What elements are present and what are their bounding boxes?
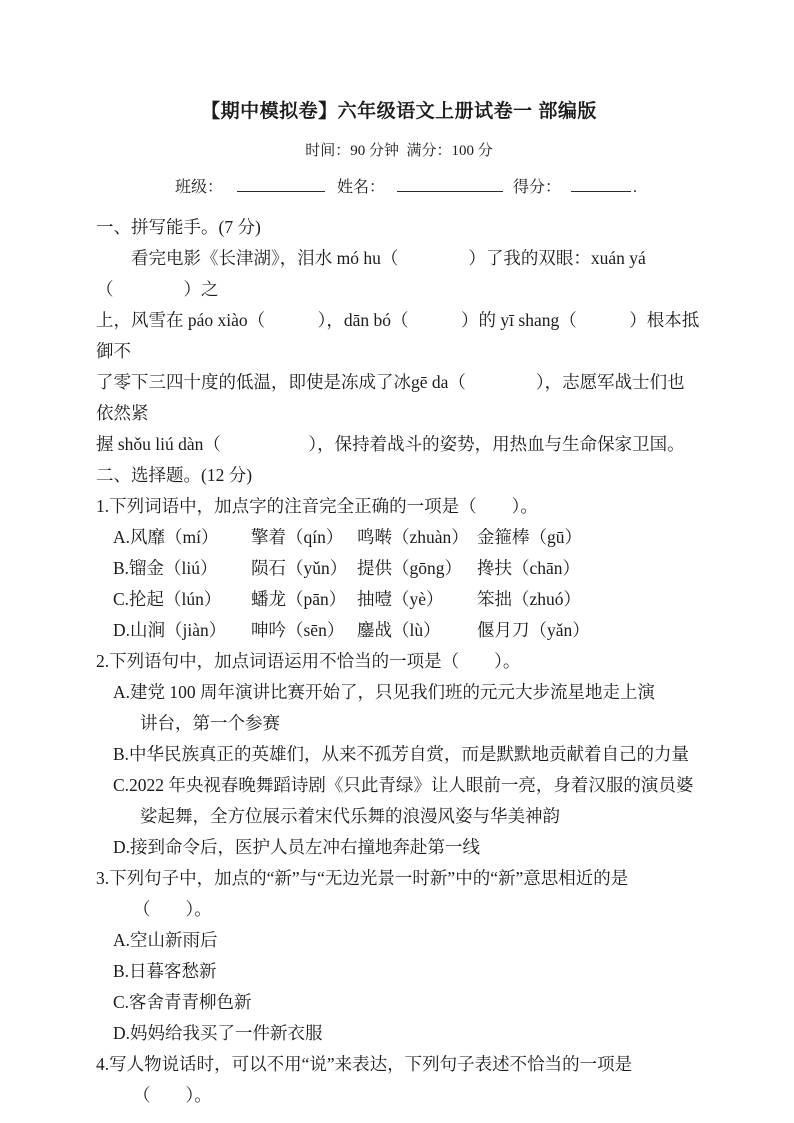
score-label: 得分：: [513, 179, 561, 196]
q1-option-a-word-1: A.风靡（mí）: [113, 522, 251, 553]
q1-option-a-word-3: 鸣啭（zhuàn）: [357, 522, 477, 553]
q2-option-b: B.中华民族真正的英雄们，从来不孤芳自赏，而是默默地贡献着自己的力量: [96, 739, 702, 770]
q1-option-c-word-1: C.抡起（lún）: [113, 584, 251, 615]
q1-option-b-word-3: 提供（gōng）: [357, 553, 477, 584]
exam-paper-page: 【期中模拟卷】六年级语文上册试卷一 部编版 时间：90 分钟 满分：100 分 …: [0, 0, 794, 1123]
q1-option-c-word-4: 笨拙（zhuó）: [477, 584, 702, 615]
page-content: 【期中模拟卷】六年级语文上册试卷一 部编版 时间：90 分钟 满分：100 分 …: [0, 0, 794, 1111]
q3-option-a: A.空山新雨后: [96, 925, 702, 956]
section-one-heading: 一、拼写能手。(7 分): [96, 212, 702, 243]
q1-stem: 1.下列词语中，加点字的注音完全正确的一项是（ ）。: [96, 491, 702, 522]
q2-option-a-line-1: A.建党 100 周年演讲比赛开始了，只见我们班的元元大步流星地走上演: [96, 677, 702, 708]
q3-option-b: B.日暮客愁新: [96, 956, 702, 987]
q1-option-b-word-1: B.镏金（liú）: [113, 553, 251, 584]
q1-option-d-word-1: D.山涧（jiàn）: [113, 615, 251, 646]
page-title: 【期中模拟卷】六年级语文上册试卷一 部编版: [96, 0, 702, 124]
q3-stem-line-2: （ ）。: [96, 894, 702, 925]
exam-time-score-meta: 时间：90 分钟 满分：100 分: [96, 141, 702, 161]
pinyin-paragraph-line-2: 上，风雪在 páo xiào（ ），dān bó（ ）的 yī shang（ ）…: [96, 305, 702, 367]
section-two-heading: 二、选择题。(12 分): [96, 460, 702, 491]
pinyin-paragraph-line-1: 看完电影《长津湖》，泪水 mó hu（ ）了我的双眼：xuán yá（ ）之: [96, 243, 702, 305]
q4-stem-line-1: 4.写人物说话时，可以不用“说”来表达，下列句子表述不恰当的一项是: [96, 1049, 702, 1080]
q1-option-a-word-4: 金箍棒（gū）: [477, 522, 702, 553]
class-label: 班级：: [175, 179, 223, 196]
q3-option-c: C.客舍青青柳色新: [96, 987, 702, 1018]
q3-option-d: D.妈妈给我买了一件新衣服: [96, 1018, 702, 1049]
q1-option-c-word-3: 抽噎（yè）: [357, 584, 477, 615]
score-suffix: .: [633, 179, 637, 196]
q4-stem-line-2: （ ）。: [96, 1080, 702, 1111]
q1-options-table: A.风靡（mí） 擎着（qín） 鸣啭（zhuàn） 金箍棒（gū） B.镏金（…: [96, 522, 702, 646]
q2-option-c-line-1: C.2022 年央视春晚舞蹈诗剧《只此青绿》让人眼前一亮，身着汉服的演员婆: [96, 770, 702, 801]
q2-option-c-line-2: 娑起舞，全方位展示着宋代乐舞的浪漫风姿与华美神韵: [96, 801, 702, 832]
q2-stem: 2.下列语句中，加点词语运用不恰当的一项是（ ）。: [96, 646, 702, 677]
q1-option-b-word-2: 陨石（yǔn）: [251, 553, 357, 584]
q1-option-a-word-2: 擎着（qín）: [251, 522, 357, 553]
pinyin-paragraph-line-3: 了零下三四十度的低温，即使是冻成了冰gē da（ ），志愿军战士们也依然紧: [96, 367, 702, 429]
pinyin-paragraph-line-4: 握 shǒu liú dàn（ ），保持着战斗的姿势，用热血与生命保家卫国。: [96, 429, 702, 460]
exam-body: 一、拼写能手。(7 分) 看完电影《长津湖》，泪水 mó hu（ ）了我的双眼：…: [96, 212, 702, 1111]
q1-option-b-word-4: 搀扶（chān）: [477, 553, 702, 584]
q1-option-d-word-3: 鏖战（lù）: [357, 615, 477, 646]
q3-stem-line-1: 3.下列句子中，加点的“新”与“无边光景一时新”中的“新”意思相近的是: [96, 863, 702, 894]
class-blank-line: [237, 176, 325, 192]
name-label: 姓名：: [337, 179, 385, 196]
q1-option-d-word-4: 偃月刀（yǎn）: [477, 615, 702, 646]
q2-option-a-line-2: 讲台，第一个参赛: [96, 708, 702, 739]
score-blank-line: [571, 176, 631, 192]
q1-option-d-word-2: 呻吟（sēn）: [251, 615, 357, 646]
name-blank-line: [397, 176, 503, 192]
q1-option-c-word-2: 蟠龙（pān）: [251, 584, 357, 615]
q2-option-d: D.接到命令后，医护人员左冲右撞地奔赴第一线: [96, 832, 702, 863]
student-info-row: 班级：姓名：得分：.: [96, 176, 702, 199]
